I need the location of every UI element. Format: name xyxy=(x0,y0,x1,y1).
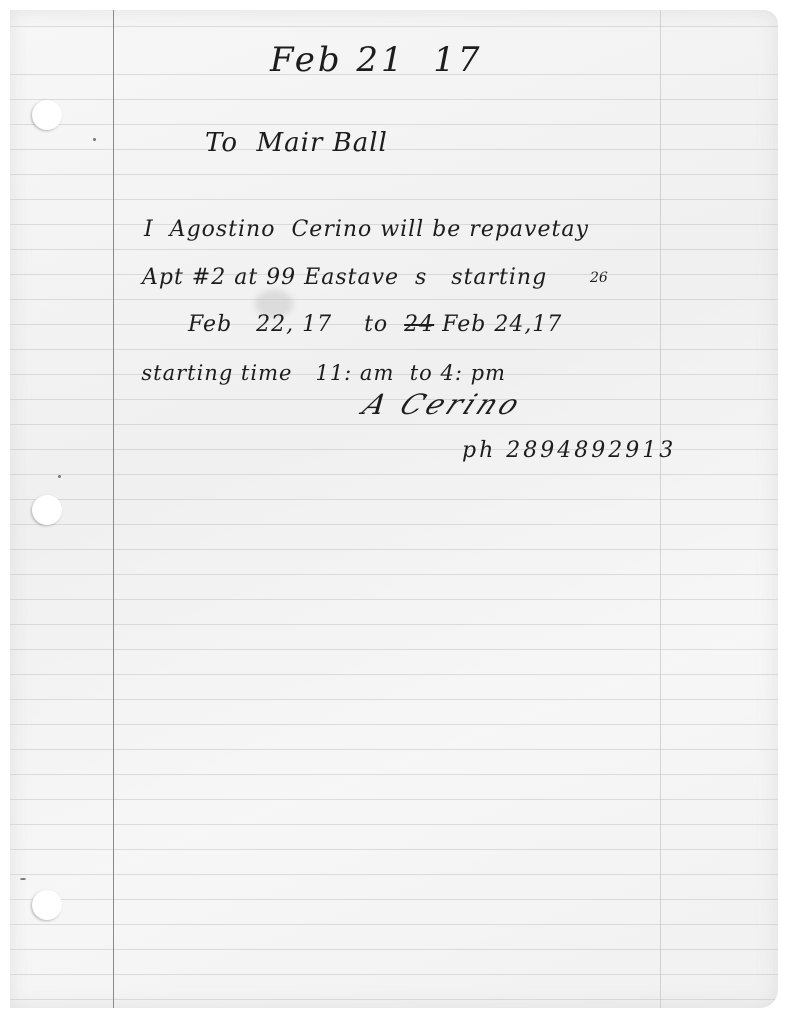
body-line-2: Apt #2 at 99 Eastave s starting xyxy=(126,240,547,290)
paper-speck xyxy=(20,878,26,880)
struck-out-date: 24 xyxy=(404,312,434,337)
lined-paper-sheet xyxy=(10,10,778,1008)
signature: A Cerino xyxy=(357,388,529,421)
salutation: To Mair Ball xyxy=(205,128,388,158)
body-line-3-start: Feb 22, 17 to xyxy=(188,312,404,337)
paper-speck xyxy=(93,138,96,141)
punch-hole-middle xyxy=(32,495,62,525)
body-line-3: Feb 22, 17 to 24 Feb 24,17 xyxy=(172,287,562,337)
body-line-1-text: I Agostino Cerino will be repavetay xyxy=(144,217,589,242)
paper-speck xyxy=(58,475,61,478)
punch-hole-top xyxy=(32,100,62,130)
correction-above-strike: 26 xyxy=(590,270,608,286)
date-header: Feb 21 17 xyxy=(270,40,483,80)
margin-line xyxy=(113,10,114,1008)
phone-number: ph 2894892913 xyxy=(462,438,676,463)
body-line-4: starting time 11: am to 4: pm xyxy=(126,337,506,385)
body-line-1: I Agostino Cerino will be repavetay xyxy=(128,192,589,242)
body-line-3-end: Feb 24,17 xyxy=(434,312,562,337)
body-line-4-text: starting time 11: am to 4: pm xyxy=(141,361,506,385)
faint-right-margin-line xyxy=(660,10,661,1008)
punch-hole-bottom xyxy=(32,890,62,920)
